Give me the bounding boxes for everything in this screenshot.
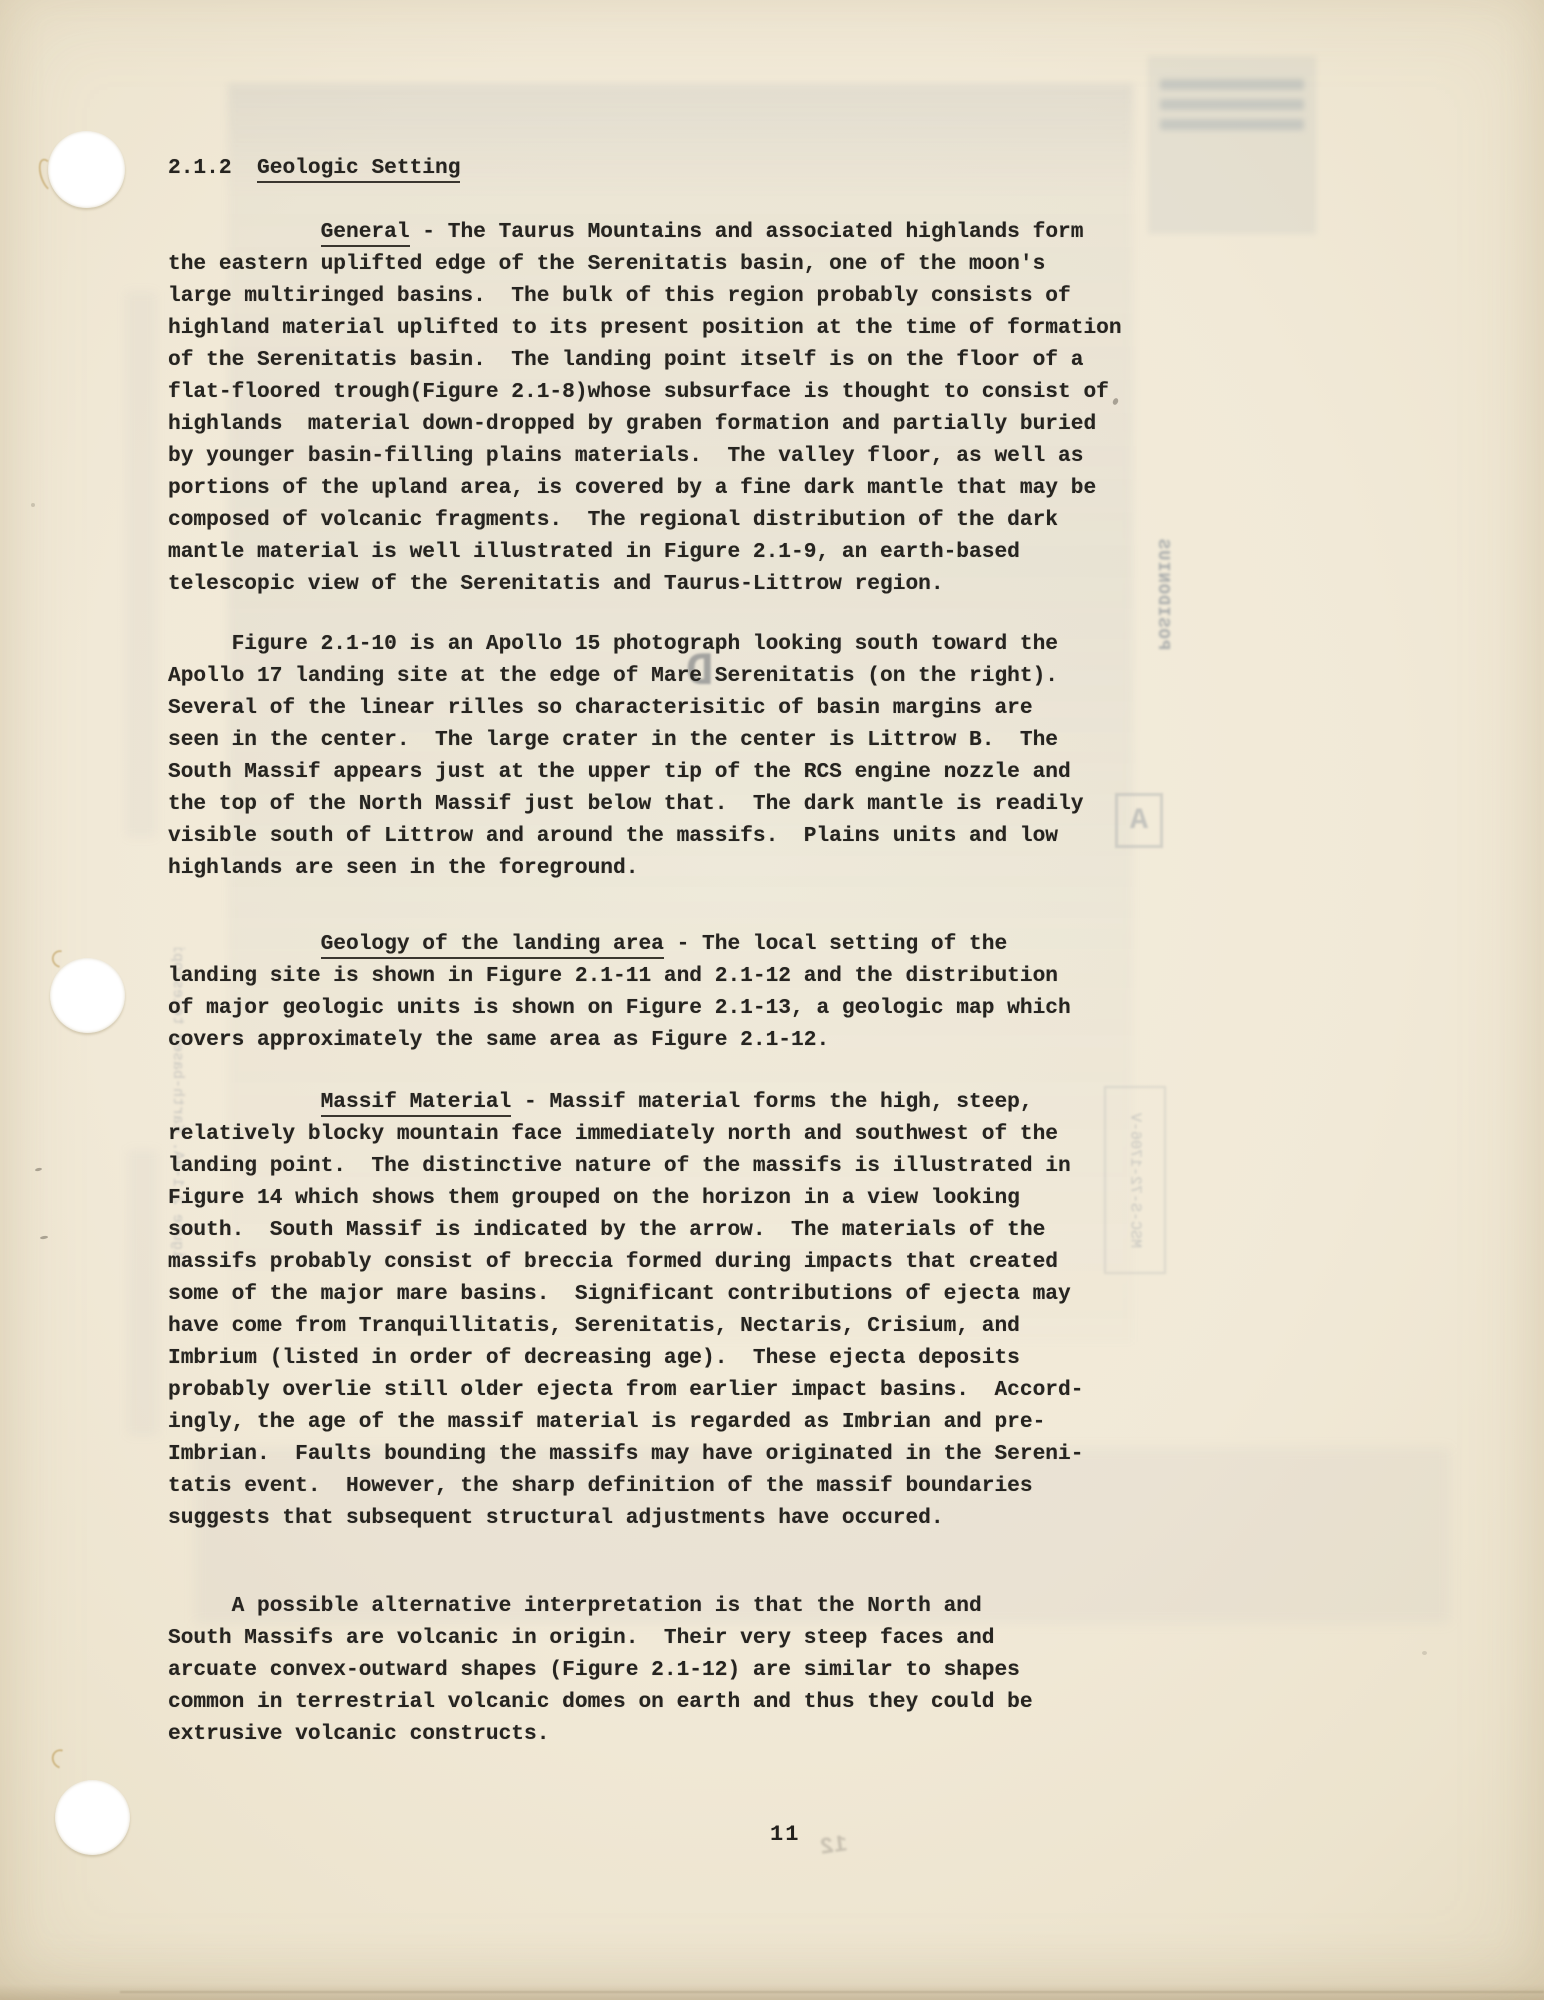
- text-line: covers approximately the same area as Fi…: [168, 1024, 1178, 1056]
- ghost-text-bar: [1160, 99, 1304, 110]
- text-line: Figure 14 which shows them grouped on th…: [168, 1182, 1178, 1214]
- text-line: south. South Massif is indicated by the …: [168, 1214, 1178, 1246]
- text-line: suggests that subsequent structural adju…: [168, 1502, 1178, 1534]
- text-line: Imbrian. Faults bounding the massifs may…: [168, 1438, 1178, 1470]
- paper-bottom-edge-line: [120, 1991, 1544, 1993]
- text-line: portions of the upland area, is covered …: [168, 472, 1178, 504]
- paper-smudge: [48, 1746, 74, 1772]
- text-line: tatis event. However, the sharp definiti…: [168, 1470, 1178, 1502]
- text-line: highlands material down-dropped by grabe…: [168, 408, 1178, 440]
- text-line: Figure 2.1-10 is an Apollo 15 photograph…: [168, 628, 1178, 660]
- hole-punch: [48, 131, 125, 208]
- underlined-heading-text: General: [321, 220, 410, 247]
- page-number: 11: [770, 1822, 800, 1847]
- text-line: A possible alternative interpretation is…: [168, 1590, 1178, 1622]
- section-heading: 2.1.2 Geologic Setting: [168, 152, 1178, 184]
- text-line: Massif Material - Massif material forms …: [168, 1086, 1178, 1118]
- text-line: highland material uplifted to its presen…: [168, 312, 1178, 344]
- show-through-left-band: [126, 292, 156, 837]
- hole-punch: [55, 1780, 130, 1855]
- ink-speck: [40, 1235, 48, 1239]
- paragraph-alternative-interpretation: A possible alternative interpretation is…: [168, 1590, 1178, 1750]
- underlined-heading-text: Massif Material: [321, 1090, 512, 1117]
- text-line: Apollo 17 landing site at the edge of Ma…: [168, 660, 1178, 692]
- text-line: seen in the center. The large crater in …: [168, 724, 1178, 756]
- text-line: some of the major mare basins. Significa…: [168, 1278, 1178, 1310]
- text-line: the top of the North Massif just below t…: [168, 788, 1178, 820]
- text-line: landing point. The distinctive nature of…: [168, 1150, 1178, 1182]
- text-line: ingly, the age of the massif material is…: [168, 1406, 1178, 1438]
- text-line: relatively blocky mountain face immediat…: [168, 1118, 1178, 1150]
- text-line: large multiringed basins. The bulk of th…: [168, 280, 1178, 312]
- scanned-document-page: POSIDONIUS A D Figure 2.1-9A. Earth-base…: [0, 0, 1544, 2000]
- text-line: probably overlie still older ejecta from…: [168, 1374, 1178, 1406]
- ink-speck: [1422, 1651, 1427, 1655]
- underlined-heading-text: Geology of the landing area: [321, 932, 664, 959]
- paragraph-geology-landing-area: Geology of the landing area - The local …: [168, 928, 1178, 1056]
- text-line: South Massif appears just at the upper t…: [168, 756, 1178, 788]
- text-column: 2.1.2 Geologic Setting General - The Tau…: [168, 152, 1178, 1750]
- text-line: Geology of the landing area - The local …: [168, 928, 1178, 960]
- text-line: Imbrium (listed in order of decreasing a…: [168, 1342, 1178, 1374]
- text-line: landing site is shown in Figure 2.1-11 a…: [168, 960, 1178, 992]
- text-line: of major geologic units is shown on Figu…: [168, 992, 1178, 1024]
- ink-speck: [31, 503, 35, 507]
- text-line: 2.1.2 Geologic Setting: [168, 152, 1178, 184]
- text-line: by younger basin-filling plains material…: [168, 440, 1178, 472]
- text-line: arcuate convex-outward shapes (Figure 2.…: [168, 1654, 1178, 1686]
- text-line: mantle material is well illustrated in F…: [168, 536, 1178, 568]
- hole-punch: [50, 958, 125, 1033]
- text-line: South Massifs are volcanic in origin. Th…: [168, 1622, 1178, 1654]
- ghost-text-bar: [1160, 79, 1304, 90]
- text-line: visible south of Littrow and around the …: [168, 820, 1178, 852]
- text-line: the eastern uplifted edge of the Serenit…: [168, 248, 1178, 280]
- text-line: extrusive volcanic constructs.: [168, 1718, 1178, 1750]
- paragraph-figure-2-1-10: Figure 2.1-10 is an Apollo 15 photograph…: [168, 628, 1178, 884]
- paragraph-general: General - The Taurus Mountains and assoc…: [168, 216, 1178, 600]
- ghost-text-bar: [1160, 119, 1304, 130]
- text-line: of the Serenitatis basin. The landing po…: [168, 344, 1178, 376]
- underlined-heading-text: Geologic Setting: [257, 156, 460, 183]
- text-line: massifs probably consist of breccia form…: [168, 1246, 1178, 1278]
- text-line: have come from Tranquillitatis, Serenita…: [168, 1310, 1178, 1342]
- text-line: common in terrestrial volcanic domes on …: [168, 1686, 1178, 1718]
- text-line: flat-floored trough(Figure 2.1-8)whose s…: [168, 376, 1178, 408]
- show-through-page-number: 12: [818, 1831, 849, 1861]
- text-line: composed of volcanic fragments. The regi…: [168, 504, 1178, 536]
- text-line: Several of the linear rilles so characte…: [168, 692, 1178, 724]
- ink-speck: [35, 1167, 42, 1171]
- show-through-left-band-lower: [128, 1150, 158, 1435]
- text-line: General - The Taurus Mountains and assoc…: [168, 216, 1178, 248]
- text-line: highlands are seen in the foreground.: [168, 852, 1178, 884]
- text-line: telescopic view of the Serenitatis and T…: [168, 568, 1178, 600]
- paragraph-massif-material: Massif Material - Massif material forms …: [168, 1086, 1178, 1534]
